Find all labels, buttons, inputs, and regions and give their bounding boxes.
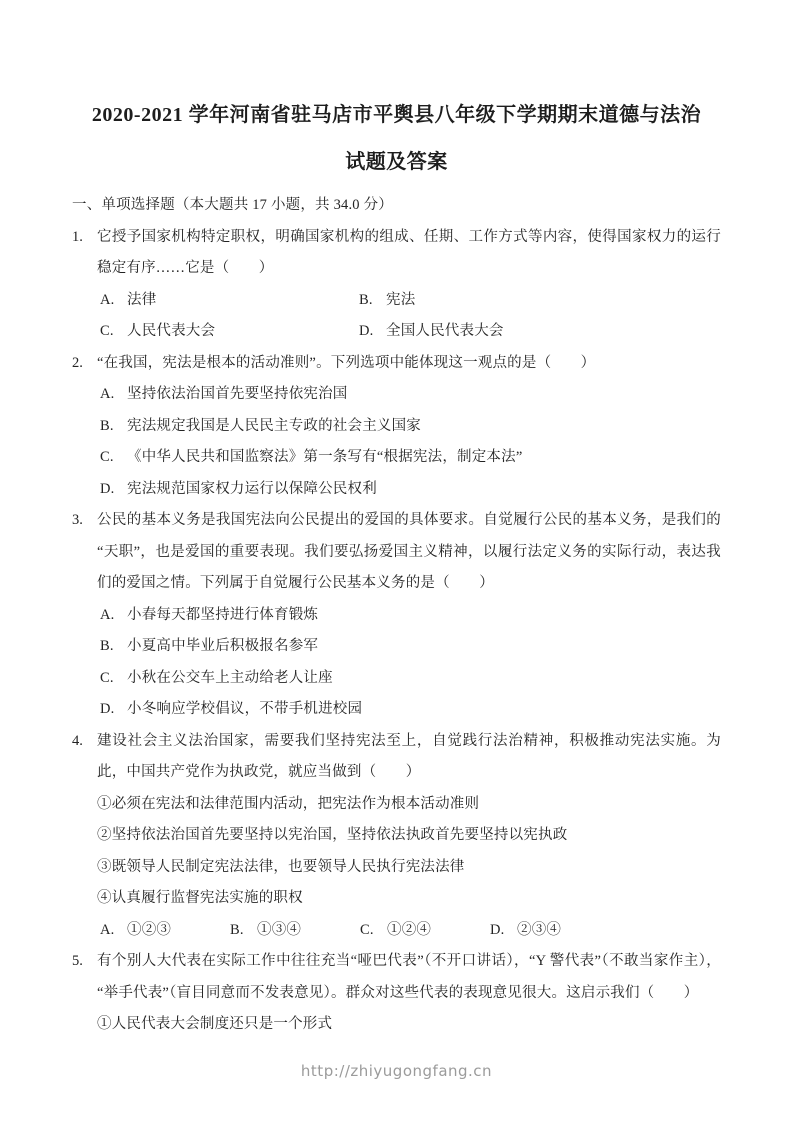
- question-subitem: ②坚持依法治国首先要坚持以宪治国，坚持依法执政首先要坚持以宪执政: [97, 820, 721, 852]
- option-text: 小秋在公交车上主动给老人让座: [127, 670, 333, 686]
- option-text: ①③④: [257, 922, 301, 938]
- option-3B: B.小夏高中毕业后积极报名参军: [100, 631, 721, 663]
- question-stem: 公民的基本义务是我国宪法向公民提出的爱国的具体要求。自觉履行公民的基本义务，是我…: [97, 505, 721, 600]
- option-text: ②③④: [517, 922, 561, 938]
- question-subitem: ①必须在宪法和法律范围内活动，把宪法作为根本活动准则: [97, 789, 721, 821]
- option-1C: C.人民代表大会: [100, 316, 359, 348]
- option-4C: C.①②④: [360, 915, 490, 947]
- questions: 1.它授予国家机构特定职权，明确国家机构的组成、任期、工作方式等内容，使得国家权…: [72, 222, 721, 1041]
- option-4B: B.①③④: [230, 915, 360, 947]
- section-header: 一、单项选择题（本大题共 17 小题，共 34.0 分）: [72, 190, 721, 222]
- option-label: B.: [230, 915, 257, 947]
- option-label: D.: [100, 474, 127, 506]
- option-text: 全国人民代表大会: [386, 323, 504, 339]
- question-stem: “在我国，宪法是根本的活动准则”。下列选项中能体现这一观点的是（ ）: [97, 348, 721, 380]
- footer-url: http://zhiyugongfang.cn: [0, 1062, 793, 1080]
- question-body: “在我国，宪法是根本的活动准则”。下列选项中能体现这一观点的是（ ）A.坚持依法…: [97, 348, 721, 506]
- question-body: 有个别人大代表在实际工作中往往充当“哑巴代表”（不开口讲话），“Y 警代表”（不…: [97, 946, 721, 1041]
- question-number: 4.: [72, 726, 97, 947]
- option-text: 《中华人民共和国监察法》第一条写有“根据宪法，制定本法”: [127, 449, 522, 465]
- option-label: C.: [360, 915, 387, 947]
- option-3C: C.小秋在公交车上主动给老人让座: [100, 663, 721, 695]
- option-label: B.: [100, 411, 127, 443]
- question-options: A.小春每天都坚持进行体育锻炼B.小夏高中毕业后积极报名参军C.小秋在公交车上主…: [97, 600, 721, 726]
- option-text: 宪法规范国家权力运行以保障公民权利: [127, 481, 377, 497]
- option-text: ①②④: [387, 922, 431, 938]
- question-subitem: ①人民代表大会制度还只是一个形式: [97, 1009, 721, 1041]
- question-options: A.坚持依法治国首先要坚持依宪治国B.宪法规定我国是人民民主专政的社会主义国家C…: [97, 379, 721, 505]
- option-4D: D.②③④: [490, 915, 561, 947]
- option-1D: D.全国人民代表大会: [359, 316, 721, 348]
- question-body: 建设社会主义法治国家，需要我们坚持宪法至上，自觉践行法治精神，积极推动宪法实施。…: [97, 726, 721, 947]
- question-stem: 它授予国家机构特定职权，明确国家机构的组成、任期、工作方式等内容，使得国家权力的…: [97, 222, 721, 285]
- option-label: A.: [100, 915, 127, 947]
- option-label: D.: [359, 316, 386, 348]
- option-text: 宪法: [386, 292, 415, 308]
- option-label: D.: [100, 694, 127, 726]
- option-label: C.: [100, 442, 127, 474]
- option-label: A.: [100, 379, 127, 411]
- document-title-line2: 试题及答案: [0, 139, 793, 186]
- option-label: C.: [100, 316, 127, 348]
- option-2B: B.宪法规定我国是人民民主专政的社会主义国家: [100, 411, 721, 443]
- question-options: A.①②③B.①③④C.①②④D.②③④: [97, 915, 721, 947]
- document-title: 2020-2021 学年河南省驻马店市平舆县八年级下学期期末道德与法治 试题及答…: [0, 92, 793, 186]
- question-number: 2.: [72, 348, 97, 506]
- question-4: 4.建设社会主义法治国家，需要我们坚持宪法至上，自觉践行法治精神，积极推动宪法实…: [72, 726, 721, 947]
- question-stem: 建设社会主义法治国家，需要我们坚持宪法至上，自觉践行法治精神，积极推动宪法实施。…: [97, 726, 721, 789]
- question-options: A.法律B.宪法C.人民代表大会D.全国人民代表大会: [97, 285, 721, 348]
- question-number: 3.: [72, 505, 97, 726]
- question-2: 2.“在我国，宪法是根本的活动准则”。下列选项中能体现这一观点的是（ ）A.坚持…: [72, 348, 721, 506]
- option-2D: D.宪法规范国家权力运行以保障公民权利: [100, 474, 721, 506]
- question-subitem: ③既领导人民制定宪法法律，也要领导人民执行宪法法律: [97, 852, 721, 884]
- option-text: 人民代表大会: [127, 323, 215, 339]
- question-body: 公民的基本义务是我国宪法向公民提出的爱国的具体要求。自觉履行公民的基本义务，是我…: [97, 505, 721, 726]
- option-3D: D.小冬响应学校倡议，不带手机进校园: [100, 694, 721, 726]
- question-stem: 有个别人大代表在实际工作中往往充当“哑巴代表”（不开口讲话），“Y 警代表”（不…: [97, 946, 721, 1009]
- question-body: 它授予国家机构特定职权，明确国家机构的组成、任期、工作方式等内容，使得国家权力的…: [97, 222, 721, 348]
- option-text: 坚持依法治国首先要坚持依宪治国: [127, 386, 348, 402]
- option-3A: A.小春每天都坚持进行体育锻炼: [100, 600, 721, 632]
- document-title-line1: 2020-2021 学年河南省驻马店市平舆县八年级下学期期末道德与法治: [0, 92, 793, 139]
- option-text: 小春每天都坚持进行体育锻炼: [127, 607, 318, 623]
- option-1B: B.宪法: [359, 285, 721, 317]
- question-1: 1.它授予国家机构特定职权，明确国家机构的组成、任期、工作方式等内容，使得国家权…: [72, 222, 721, 348]
- option-text: 法律: [127, 292, 156, 308]
- question-number: 5.: [72, 946, 97, 1041]
- option-label: B.: [359, 285, 386, 317]
- option-label: C.: [100, 663, 127, 695]
- question-5: 5.有个别人大代表在实际工作中往往充当“哑巴代表”（不开口讲话），“Y 警代表”…: [72, 946, 721, 1041]
- option-label: B.: [100, 631, 127, 663]
- option-2A: A.坚持依法治国首先要坚持依宪治国: [100, 379, 721, 411]
- document-content: 一、单项选择题（本大题共 17 小题，共 34.0 分） 1.它授予国家机构特定…: [0, 190, 793, 1041]
- option-label: D.: [490, 915, 517, 947]
- option-4A: A.①②③: [100, 915, 230, 947]
- option-text: 小夏高中毕业后积极报名参军: [127, 638, 318, 654]
- option-text: ①②③: [127, 922, 171, 938]
- question-3: 3.公民的基本义务是我国宪法向公民提出的爱国的具体要求。自觉履行公民的基本义务，…: [72, 505, 721, 726]
- option-text: 小冬响应学校倡议，不带手机进校园: [127, 701, 362, 717]
- question-number: 1.: [72, 222, 97, 348]
- option-label: A.: [100, 285, 127, 317]
- question-subitem: ④认真履行监督宪法实施的职权: [97, 883, 721, 915]
- document-page: 2020-2021 学年河南省驻马店市平舆县八年级下学期期末道德与法治 试题及答…: [0, 0, 793, 1122]
- option-text: 宪法规定我国是人民民主专政的社会主义国家: [127, 418, 421, 434]
- option-1A: A.法律: [100, 285, 359, 317]
- option-2C: C.《中华人民共和国监察法》第一条写有“根据宪法，制定本法”: [100, 442, 721, 474]
- option-label: A.: [100, 600, 127, 632]
